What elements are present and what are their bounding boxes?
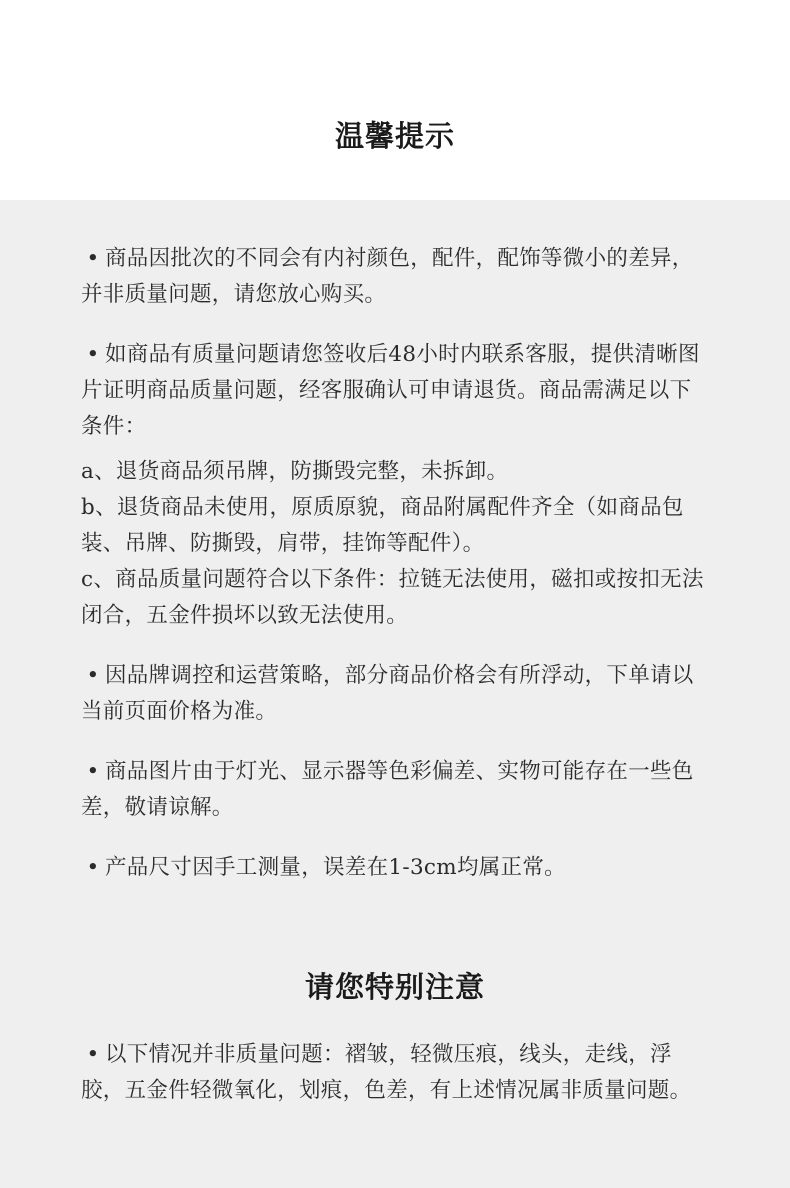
- tips-section: •商品因批次的不同会有内衬颜色，配件，配饰等微小的差异，并非质量问题，请您放心购…: [0, 200, 790, 1188]
- tip-text: 如商品有质量问题请您签收后48小时内联系客服，提供清晰图片证明商品质量问题，经客…: [81, 342, 700, 439]
- notice-item: •以下情况并非质量问题：褶皱，轻微压痕，线头，走线，浮胶，五金件轻微氧化，划痕，…: [81, 1037, 707, 1109]
- notice-title: 请您特别注意: [0, 965, 790, 1006]
- condition-item-b: b、退货商品未使用，原质原貌，商品附属配件齐全（如商品包装、吊牌、防撕毁，肩带，…: [81, 490, 707, 562]
- tip-text: 产品尺寸因手工测量，误差在1-3cm均属正常。: [105, 855, 566, 880]
- bullet-icon: •: [81, 850, 105, 886]
- tip-text: 因品牌调控和运营策略，部分商品价格会有所浮动，下单请以当前页面价格为准。: [81, 663, 694, 724]
- tip-text: 商品图片由于灯光、显示器等色彩偏差、实物可能存在一些色差，敬请谅解。: [81, 759, 694, 820]
- condition-item-c: c、商品质量问题符合以下条件：拉链无法使用，磁扣或按扣无法闭合，五金件损坏以致无…: [81, 562, 707, 634]
- tip-item: •商品图片由于灯光、显示器等色彩偏差、实物可能存在一些色差，敬请谅解。: [81, 754, 707, 826]
- bullet-icon: •: [81, 1037, 105, 1073]
- header-section: 温馨提示: [0, 0, 790, 200]
- bullet-icon: •: [81, 337, 105, 373]
- bullet-icon: •: [81, 658, 105, 694]
- condition-item-a: a、退货商品须吊牌，防撕毁完整，未拆卸。: [81, 454, 707, 490]
- page-title: 温馨提示: [0, 114, 790, 155]
- tip-item: •如商品有质量问题请您签收后48小时内联系客服，提供清晰图片证明商品质量问题，经…: [81, 337, 707, 445]
- tip-item: •因品牌调控和运营策略，部分商品价格会有所浮动，下单请以当前页面价格为准。: [81, 658, 707, 730]
- bullet-icon: •: [81, 754, 105, 790]
- tip-item: •商品因批次的不同会有内衬颜色，配件，配饰等微小的差异，并非质量问题，请您放心购…: [81, 241, 707, 313]
- notice-text: 以下情况并非质量问题：褶皱，轻微压痕，线头，走线，浮胶，五金件轻微氧化，划痕，色…: [81, 1042, 691, 1103]
- bullet-icon: •: [81, 241, 105, 277]
- tip-item: •产品尺寸因手工测量，误差在1-3cm均属正常。: [81, 850, 707, 886]
- tip-text: 商品因批次的不同会有内衬颜色，配件，配饰等微小的差异，并非质量问题，请您放心购买…: [81, 246, 694, 307]
